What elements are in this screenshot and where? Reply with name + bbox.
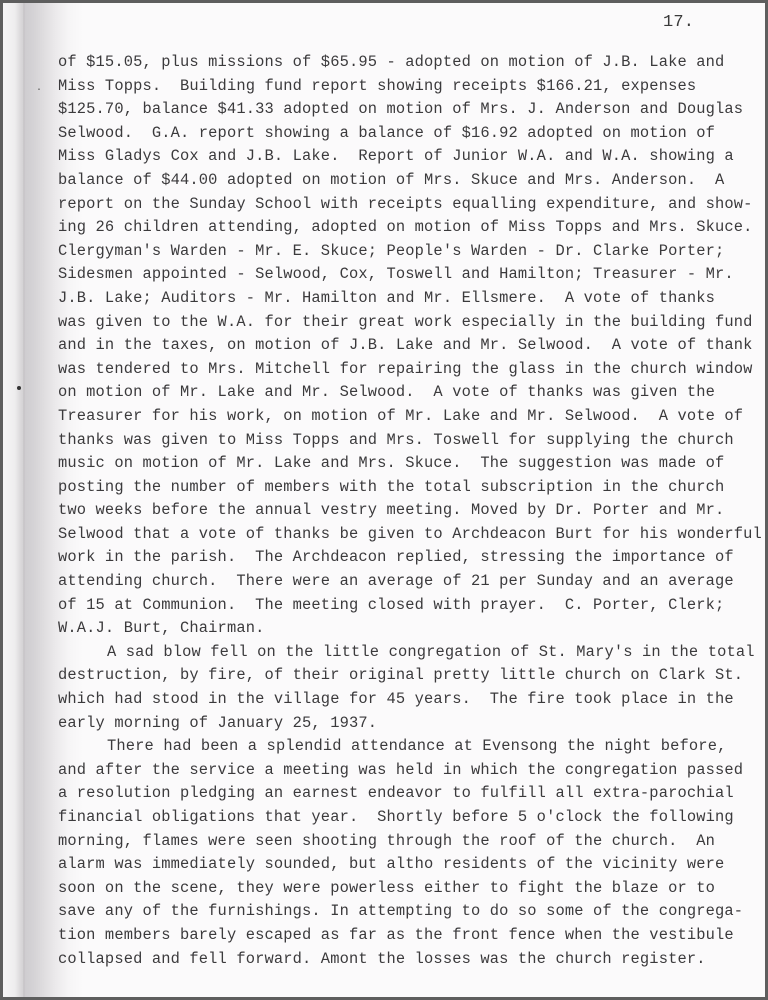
text-line: early morning of January 25, 1937. <box>58 712 763 736</box>
text-line: report on the Sunday School with receipt… <box>58 193 763 217</box>
text-line: Selwood that a vote of thanks be given t… <box>58 523 763 547</box>
text-line: of 15 at Communion. The meeting closed w… <box>58 594 763 618</box>
text-line: W.A.J. Burt, Chairman. <box>58 617 763 641</box>
text-line: $125.70, balance $41.33 adopted on motio… <box>58 98 763 122</box>
margin-dot-mark: · <box>36 85 42 96</box>
gutter-edge-line <box>23 3 25 997</box>
text-line: Miss Gladys Cox and J.B. Lake. Report of… <box>58 145 763 169</box>
text-line: attending church. There were an average … <box>58 570 763 594</box>
text-line: collapsed and fell forward. Amont the lo… <box>58 948 763 972</box>
document-page: · 17. of $15.05, plus missions of $65.95… <box>3 3 765 997</box>
text-line: A sad blow fell on the little congregati… <box>58 641 763 665</box>
text-line: Clergyman's Warden - Mr. E. Skuce; Peopl… <box>58 240 763 264</box>
text-line: and in the taxes, on motion of J.B. Lake… <box>58 334 763 358</box>
text-line: was given to the W.A. for their great wo… <box>58 311 763 335</box>
text-line: posting the number of members with the t… <box>58 476 763 500</box>
page-number: 17. <box>663 13 694 32</box>
text-line: destruction, by fire, of their original … <box>58 664 763 688</box>
text-line: alarm was immediately sounded, but altho… <box>58 853 763 877</box>
text-line: Miss Topps. Building fund report showing… <box>58 75 763 99</box>
text-line: save any of the furnishings. In attempti… <box>58 900 763 924</box>
text-line: work in the parish. The Archdeacon repli… <box>58 546 763 570</box>
text-line: ing 26 children attending, adopted on mo… <box>58 216 763 240</box>
text-line: balance of $44.00 adopted on motion of M… <box>58 169 763 193</box>
text-line: on motion of Mr. Lake and Mr. Selwood. A… <box>58 381 763 405</box>
text-line: There had been a splendid attendance at … <box>58 735 763 759</box>
text-line: financial obligations that year. Shortly… <box>58 806 763 830</box>
text-line: two weeks before the annual vestry meeti… <box>58 499 763 523</box>
text-line: tion members barely escaped as far as th… <box>58 924 763 948</box>
typewritten-body-text: of $15.05, plus missions of $65.95 - ado… <box>58 51 763 971</box>
text-line: morning, flames were seen shooting throu… <box>58 830 763 854</box>
text-line: of $15.05, plus missions of $65.95 - ado… <box>58 51 763 75</box>
text-line: Sidesmen appointed - Selwood, Cox, Toswe… <box>58 263 763 287</box>
text-line: and after the service a meeting was held… <box>58 759 763 783</box>
text-line: which had stood in the village for 45 ye… <box>58 688 763 712</box>
text-line: a resolution pledging an earnest endeavo… <box>58 782 763 806</box>
text-line: Selwood. G.A. report showing a balance o… <box>58 122 763 146</box>
text-line: J.B. Lake; Auditors - Mr. Hamilton and M… <box>58 287 763 311</box>
text-line: Treasurer for his work, on motion of Mr.… <box>58 405 763 429</box>
text-line: soon on the scene, they were powerless e… <box>58 877 763 901</box>
text-line: music on motion of Mr. Lake and Mrs. Sku… <box>58 452 763 476</box>
margin-ink-spot <box>17 386 21 390</box>
text-line: was tendered to Mrs. Mitchell for repair… <box>58 358 763 382</box>
text-line: thanks was given to Miss Topps and Mrs. … <box>58 429 763 453</box>
